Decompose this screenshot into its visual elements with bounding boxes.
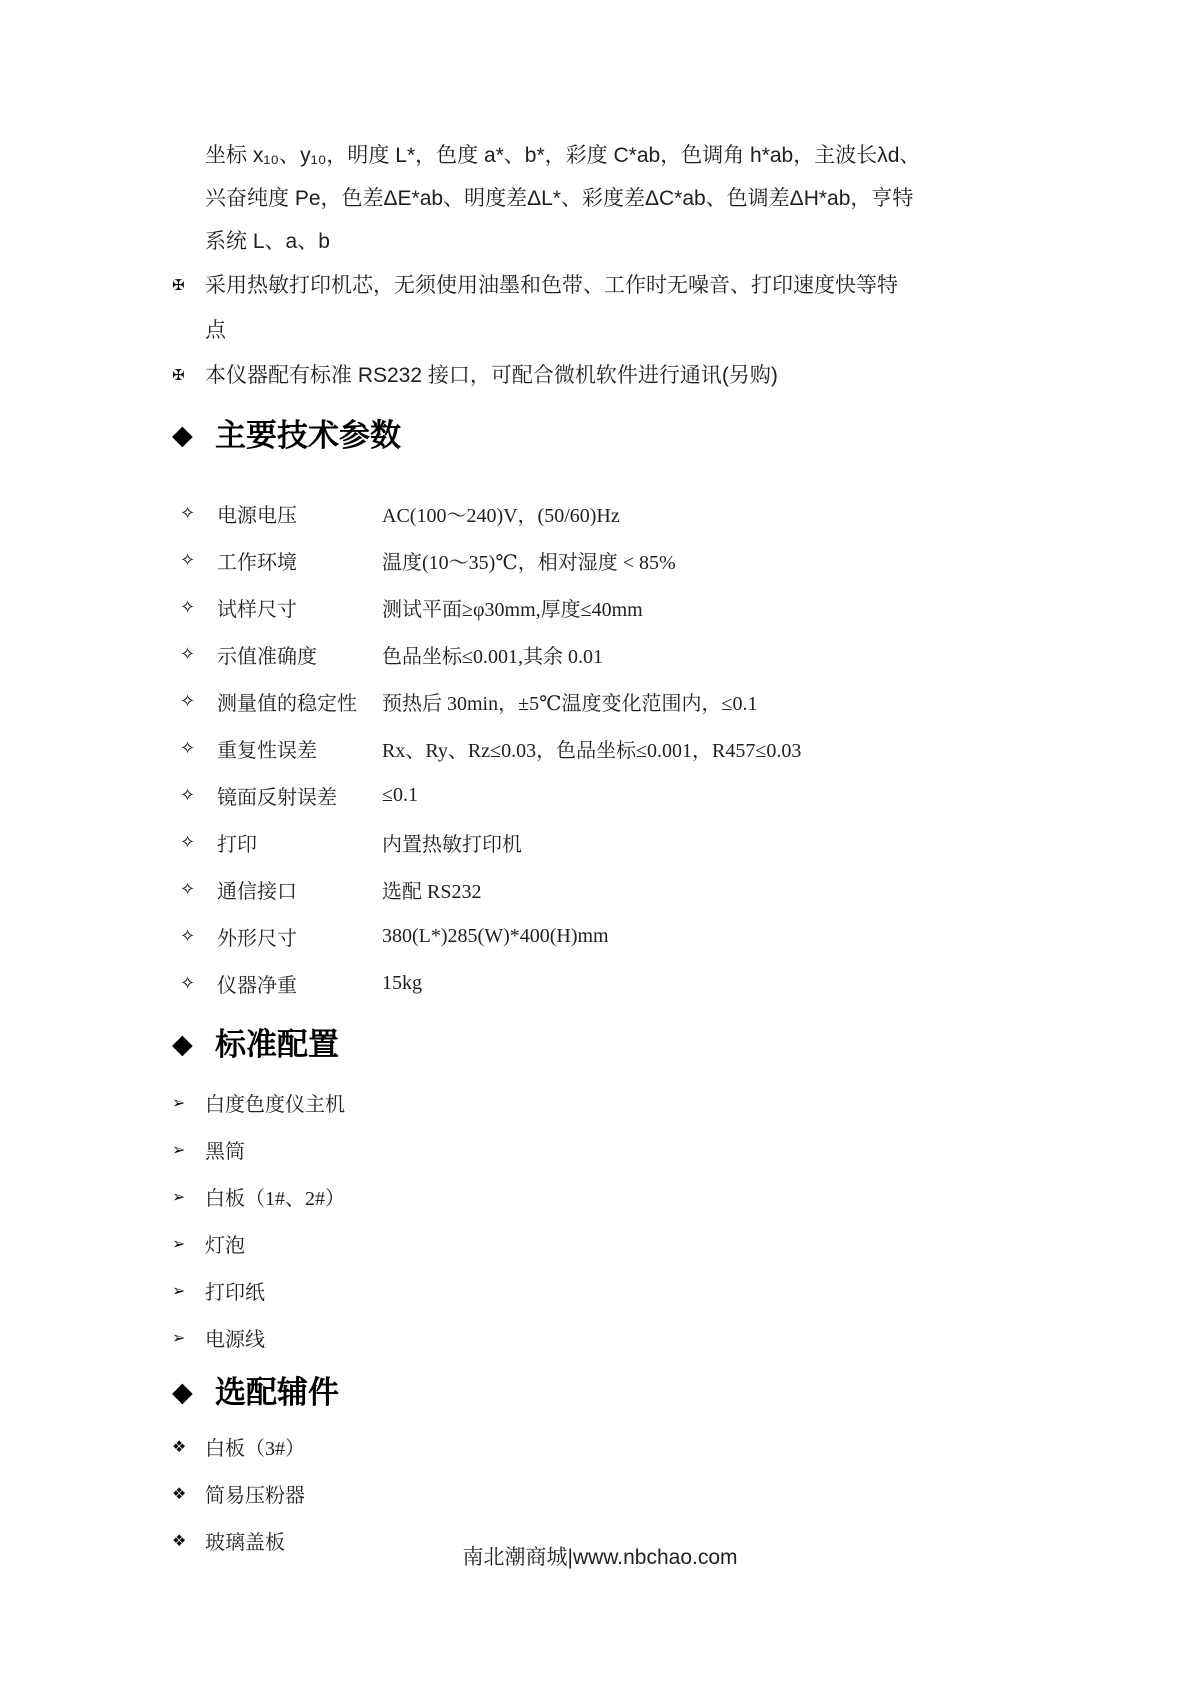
spec-row: ✧ 重复性误差 Rx、Ry、Rz≤0.03，色品坐标≤0.001，R457≤0.… — [180, 725, 1040, 772]
four-pointed-star-icon: ✧ — [180, 644, 217, 665]
list-item: ➢ 黑筒 — [172, 1126, 1040, 1173]
spec-value: 预热后 30min，±5℃温度变化范围内，≤0.1 — [382, 687, 1040, 716]
list-item: ❖ 白板（3#） — [172, 1423, 1040, 1470]
four-pointed-star-icon: ✧ — [180, 738, 217, 759]
spec-row: ✧ 工作环境 温度(10～35)℃，相对湿度 < 85% — [180, 537, 1040, 584]
black-diamond-icon: ◆ — [172, 1371, 215, 1415]
paragraph-line: 系统 L、a、b — [205, 220, 1040, 263]
list-item-label: 灯泡 — [205, 1229, 1040, 1258]
spec-row: ✧ 试样尺寸 测试平面≥φ30mm,厚度≤40mm — [180, 584, 1040, 631]
four-pointed-star-icon: ✧ — [180, 879, 217, 900]
feature-line: 采用热敏打印机芯，无须使用油墨和色带、工作时无噪音、打印速度快等特 — [205, 263, 1040, 308]
footer-text: 南北潮商城|www.nbchao.com — [462, 1546, 737, 1569]
feature-bullet-list: ✠ 采用热敏打印机芯，无须使用油墨和色带、工作时无噪音、打印速度快等特 点 ✠ … — [172, 263, 1040, 398]
list-item-label: 白板（1#、2#） — [205, 1182, 1040, 1211]
feature-line: 本仪器配有标准 RS232 接口，可配合微机软件进行通讯(另购) — [205, 353, 1040, 398]
list-item: ➢ 打印纸 — [172, 1267, 1040, 1314]
four-pointed-star-icon: ✧ — [180, 926, 217, 947]
list-item: ➢ 白度色度仪主机 — [172, 1079, 1040, 1126]
arrowhead-icon: ➢ — [172, 1187, 205, 1206]
arrowhead-icon: ➢ — [172, 1328, 205, 1347]
list-item-label: 白度色度仪主机 — [205, 1088, 1040, 1117]
four-diamonds-icon: ❖ — [172, 1484, 205, 1503]
spec-label: 外形尺寸 — [217, 922, 382, 951]
four-pointed-star-icon: ✧ — [180, 550, 217, 571]
spec-value: 选配 RS232 — [382, 875, 1040, 904]
feature-text: 采用热敏打印机芯，无须使用油墨和色带、工作时无噪音、打印速度快等特 点 — [205, 263, 1040, 353]
section-heading-specs: ◆ 主要技术参数 — [172, 414, 1040, 458]
paragraph-line: 坐标 x₁₀、y₁₀，明度 L*，色度 a*、b*，彩度 C*ab，色调角 h*… — [205, 134, 1040, 177]
spec-label: 打印 — [217, 828, 382, 857]
spec-label: 镜面反射误差 — [217, 781, 382, 810]
document-content: 坐标 x₁₀、y₁₀，明度 L*，色度 a*、b*，彩度 C*ab，色调角 h*… — [0, 0, 1200, 1564]
section-title: 选配辅件 — [215, 1371, 339, 1415]
spec-value: ≤0.1 — [382, 784, 1040, 807]
list-item-label: 白板（3#） — [205, 1432, 1040, 1461]
spec-row: ✧ 电源电压 AC(100～240)V，(50/60)Hz — [180, 490, 1040, 537]
four-pointed-star-icon: ✧ — [180, 597, 217, 618]
spec-intro-paragraph: 坐标 x₁₀、y₁₀，明度 L*，色度 a*、b*，彩度 C*ab，色调角 h*… — [205, 134, 1040, 263]
spec-label: 重复性误差 — [217, 734, 382, 763]
spec-value: 内置热敏打印机 — [382, 828, 1040, 857]
spec-row: ✧ 通信接口 选配 RS232 — [180, 866, 1040, 913]
section-title: 标准配置 — [215, 1023, 339, 1067]
spec-label: 测量值的稳定性 — [217, 687, 382, 716]
document-page: 坐标 x₁₀、y₁₀，明度 L*，色度 a*、b*，彩度 C*ab，色调角 h*… — [0, 0, 1200, 1697]
four-diamonds-icon: ❖ — [172, 1437, 205, 1456]
spec-value: 温度(10～35)℃，相对湿度 < 85% — [382, 546, 1040, 575]
four-pointed-star-icon: ✧ — [180, 832, 217, 853]
arrowhead-icon: ➢ — [172, 1234, 205, 1253]
spec-row: ✧ 镜面反射误差 ≤0.1 — [180, 772, 1040, 819]
arrowhead-icon: ➢ — [172, 1281, 205, 1300]
spec-label: 试样尺寸 — [217, 593, 382, 622]
list-item: ➢ 电源线 — [172, 1314, 1040, 1361]
spec-value: 测试平面≥φ30mm,厚度≤40mm — [382, 593, 1040, 622]
maltese-cross-icon: ✠ — [172, 263, 205, 353]
spec-row: ✧ 示值准确度 色品坐标≤0.001,其余 0.01 — [180, 631, 1040, 678]
spec-label: 仪器净重 — [217, 969, 382, 998]
black-diamond-icon: ◆ — [172, 414, 215, 458]
spec-label: 电源电压 — [217, 499, 382, 528]
list-item-label: 简易压粉器 — [205, 1479, 1040, 1508]
spec-value: Rx、Ry、Rz≤0.03，色品坐标≤0.001，R457≤0.03 — [382, 734, 1040, 763]
spec-row: ✧ 测量值的稳定性 预热后 30min，±5℃温度变化范围内，≤0.1 — [180, 678, 1040, 725]
feature-text: 本仪器配有标准 RS232 接口，可配合微机软件进行通讯(另购) — [205, 353, 1040, 398]
spec-value: 380(L*)285(W)*400(H)mm — [382, 925, 1040, 948]
section-heading-optional: ◆ 选配辅件 — [172, 1371, 1040, 1415]
list-item-label: 黑筒 — [205, 1135, 1040, 1164]
list-item: ➢ 灯泡 — [172, 1220, 1040, 1267]
spec-table: ✧ 电源电压 AC(100～240)V，(50/60)Hz ✧ 工作环境 温度(… — [172, 490, 1040, 1007]
four-pointed-star-icon: ✧ — [180, 691, 217, 712]
list-item: ➢ 白板（1#、2#） — [172, 1173, 1040, 1220]
arrowhead-icon: ➢ — [172, 1093, 205, 1112]
spec-value: 色品坐标≤0.001,其余 0.01 — [382, 640, 1040, 669]
spec-row: ✧ 打印 内置热敏打印机 — [180, 819, 1040, 866]
page-footer: 南北潮商城|www.nbchao.com — [0, 1544, 1200, 1572]
feature-bullet-item: ✠ 本仪器配有标准 RS232 接口，可配合微机软件进行通讯(另购) — [172, 353, 1040, 398]
paragraph-line: 兴奋纯度 Pe，色差ΔE*ab、明度差ΔL*、彩度差ΔC*ab、色调差ΔH*ab… — [205, 177, 1040, 220]
optional-accessories-list: ❖ 白板（3#） ❖ 简易压粉器 ❖ 玻璃盖板 — [172, 1423, 1040, 1564]
standard-config-list: ➢ 白度色度仪主机 ➢ 黑筒 ➢ 白板（1#、2#） ➢ 灯泡 ➢ 打印纸 ➢ … — [172, 1079, 1040, 1361]
spec-label: 工作环境 — [217, 546, 382, 575]
list-item: ❖ 简易压粉器 — [172, 1470, 1040, 1517]
four-pointed-star-icon: ✧ — [180, 503, 217, 524]
four-pointed-star-icon: ✧ — [180, 785, 217, 806]
black-diamond-icon: ◆ — [172, 1023, 215, 1067]
maltese-cross-icon: ✠ — [172, 353, 205, 398]
spec-row: ✧ 仪器净重 15kg — [180, 960, 1040, 1007]
spec-value: 15kg — [382, 972, 1040, 995]
section-title: 主要技术参数 — [215, 414, 401, 458]
feature-line: 点 — [205, 308, 1040, 353]
section-heading-standard: ◆ 标准配置 — [172, 1023, 1040, 1067]
list-item-label: 打印纸 — [205, 1276, 1040, 1305]
list-item-label: 电源线 — [205, 1323, 1040, 1352]
spec-label: 示值准确度 — [217, 640, 382, 669]
feature-bullet-item: ✠ 采用热敏打印机芯，无须使用油墨和色带、工作时无噪音、打印速度快等特 点 — [172, 263, 1040, 353]
spec-row: ✧ 外形尺寸 380(L*)285(W)*400(H)mm — [180, 913, 1040, 960]
spec-value: AC(100～240)V，(50/60)Hz — [382, 499, 1040, 528]
spec-label: 通信接口 — [217, 875, 382, 904]
arrowhead-icon: ➢ — [172, 1140, 205, 1159]
four-pointed-star-icon: ✧ — [180, 973, 217, 994]
